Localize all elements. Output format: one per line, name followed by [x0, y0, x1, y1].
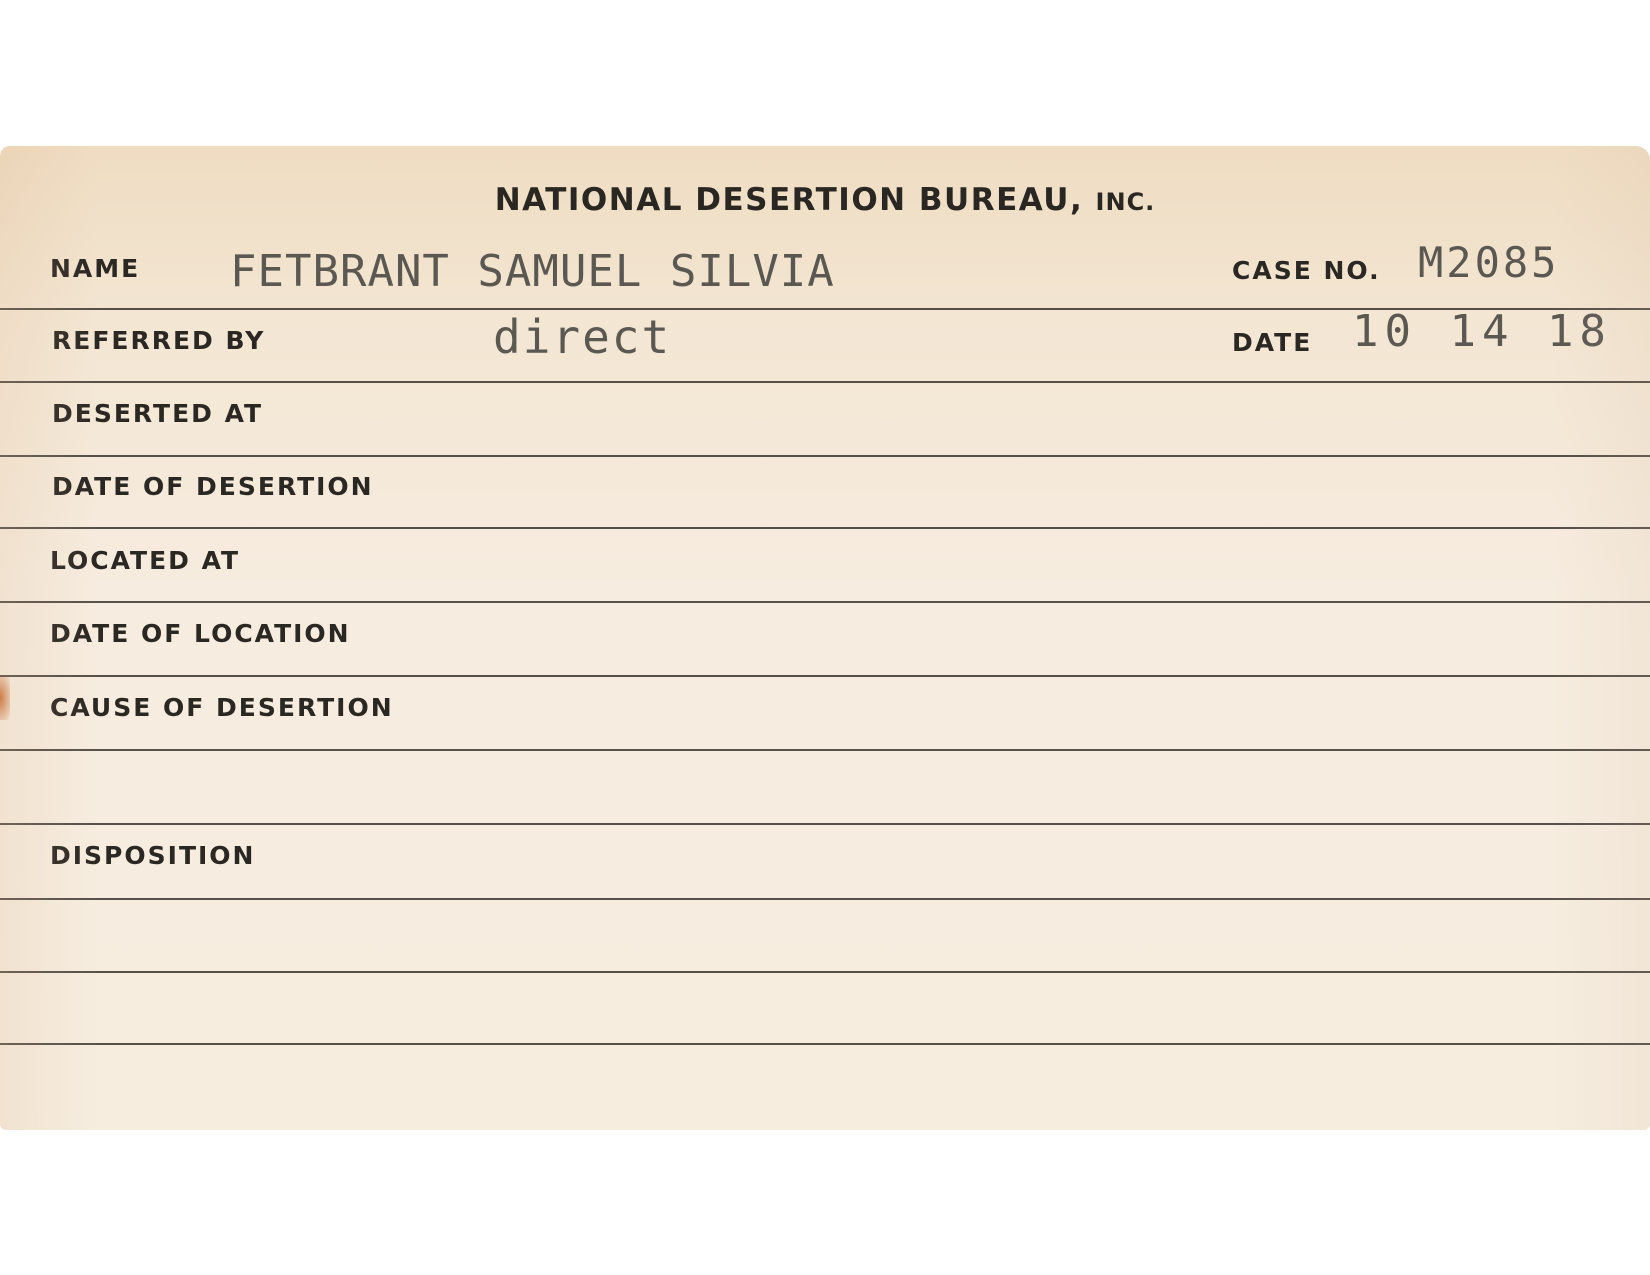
rule-line	[0, 381, 1650, 383]
rule-line	[0, 675, 1650, 677]
deserted-at-label: DESERTED AT	[52, 399, 263, 428]
referred-by-value: direct	[493, 310, 671, 364]
located-at-label: LOCATED AT	[50, 546, 240, 575]
rule-line	[0, 1043, 1650, 1045]
card-title: NATIONAL DESERTION BUREAU, INC.	[0, 182, 1650, 218]
date-label: DATE	[1232, 328, 1312, 357]
rule-line	[0, 455, 1650, 457]
organization-name: NATIONAL DESERTION BUREAU,	[495, 182, 1084, 218]
rule-line	[0, 823, 1650, 825]
name-value: FETBRANT SAMUEL SILVIA	[230, 246, 835, 297]
date-of-desertion-label: DATE OF DESERTION	[52, 472, 374, 501]
rule-line	[0, 971, 1650, 973]
disposition-label: DISPOSITION	[50, 841, 255, 870]
case-no-label: CASE NO.	[1232, 256, 1381, 285]
rule-line	[0, 749, 1650, 751]
index-card: NATIONAL DESERTION BUREAU, INC. NAME FET…	[0, 146, 1650, 1130]
cause-of-desertion-label: CAUSE OF DESERTION	[50, 693, 394, 722]
rust-stain	[0, 676, 10, 720]
rule-line	[0, 527, 1650, 529]
organization-suffix: INC.	[1096, 188, 1156, 216]
case-no-value: M2085	[1418, 238, 1559, 287]
date-value: 10 14 18	[1352, 306, 1612, 357]
referred-by-label: REFERRED BY	[52, 326, 265, 355]
rule-line	[0, 601, 1650, 603]
name-label: NAME	[50, 254, 140, 283]
date-of-location-label: DATE OF LOCATION	[50, 619, 351, 648]
rule-line	[0, 898, 1650, 900]
